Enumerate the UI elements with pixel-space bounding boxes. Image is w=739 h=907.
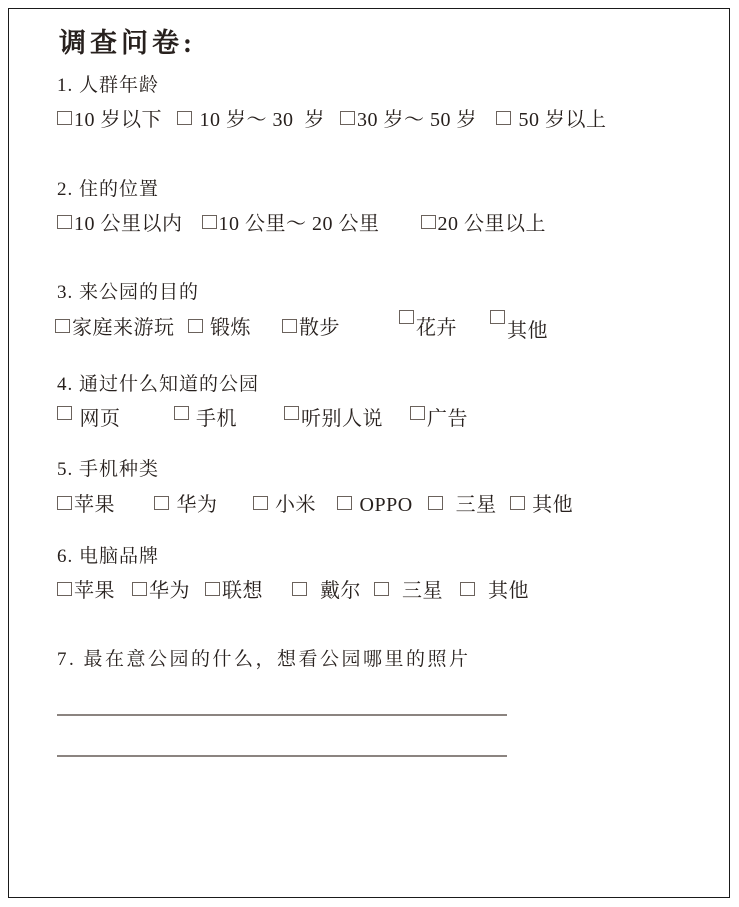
page-title: 调查问卷: (59, 26, 711, 60)
checkbox-option[interactable]: 手机 (174, 404, 238, 434)
checkbox-option[interactable]: 听别人说 (284, 404, 383, 434)
checkbox-option[interactable]: OPPO (337, 490, 413, 520)
checkbox-icon[interactable] (174, 406, 189, 420)
question-2: 2. 住的位置 10 公里以内 10 公里～ 20 公里 20 公里以上 (57, 178, 711, 239)
checkbox-option[interactable]: 花卉 (399, 310, 457, 343)
option-label: 花卉 (416, 317, 457, 339)
checkbox-option[interactable]: 华为 (132, 576, 190, 606)
option-label: 广告 (427, 408, 468, 430)
checkbox-option[interactable]: 广告 (410, 404, 468, 434)
option-label: 锻炼 (205, 317, 252, 339)
checkbox-option[interactable]: 苹果 (57, 576, 115, 606)
option-label: 其他 (527, 494, 574, 516)
question-4-title: 4. 通过什么知道的公园 (57, 373, 711, 397)
option-label: 家庭来游玩 (72, 317, 175, 339)
option-label: 30 岁～ 50 岁 (357, 109, 477, 131)
question-4-options: 网页 手机 听别人说 广告 (57, 404, 711, 434)
option-label: 三星 (391, 580, 443, 602)
checkbox-icon[interactable] (188, 319, 203, 333)
question-5: 5. 手机种类 苹果 华为 小米 OPPO 三星 其他 (57, 458, 711, 520)
checkbox-icon[interactable] (410, 406, 425, 420)
checkbox-option[interactable]: 三星 (374, 576, 443, 606)
checkbox-icon[interactable] (202, 215, 217, 229)
checkbox-option[interactable]: 网页 (57, 404, 121, 434)
checkbox-icon[interactable] (253, 496, 268, 510)
checkbox-option[interactable]: 联想 (205, 576, 263, 606)
question-7-title: 7. 最在意公园的什么，想看公园哪里的照片 (57, 648, 711, 672)
checkbox-icon[interactable] (460, 582, 475, 596)
option-label: 华为 (149, 580, 190, 602)
option-label: 10 岁～ 30 岁 (194, 109, 325, 131)
option-label: 网页 (74, 408, 121, 430)
checkbox-option[interactable]: 散步 (282, 313, 340, 343)
checkbox-icon[interactable] (282, 319, 297, 333)
checkbox-icon[interactable] (399, 310, 414, 324)
checkbox-option[interactable]: 锻炼 (188, 313, 252, 343)
question-5-options: 苹果 华为 小米 OPPO 三星 其他 (57, 490, 711, 520)
checkbox-icon[interactable] (340, 111, 355, 125)
checkbox-icon[interactable] (55, 319, 70, 333)
option-label: 华为 (171, 494, 218, 516)
option-label: OPPO (354, 494, 413, 516)
option-label: 联想 (222, 580, 263, 602)
question-6-options: 苹果 华为 联想 戴尔 三星 其他 (57, 576, 711, 606)
checkbox-icon[interactable] (510, 496, 525, 510)
checkbox-icon[interactable] (292, 582, 307, 596)
option-label: 10 公里以内 (74, 213, 183, 235)
option-label: 苹果 (74, 494, 115, 516)
option-label: 苹果 (74, 580, 115, 602)
checkbox-option[interactable]: 10 岁～ 30 岁 (177, 105, 325, 135)
checkbox-option[interactable]: 10 岁以下 (57, 105, 162, 135)
checkbox-icon[interactable] (57, 406, 72, 420)
checkbox-icon[interactable] (284, 406, 299, 420)
question-1-options: 10 岁以下 10 岁～ 30 岁 30 岁～ 50 岁 50 岁以上 (57, 105, 711, 135)
checkbox-option[interactable]: 三星 (428, 490, 497, 520)
checkbox-icon[interactable] (57, 582, 72, 596)
checkbox-option[interactable]: 小米 (253, 490, 317, 520)
checkbox-icon[interactable] (428, 496, 443, 510)
option-label: 散步 (299, 317, 340, 339)
checkbox-option[interactable]: 其他 (490, 310, 548, 343)
answer-line[interactable] (57, 714, 507, 716)
question-5-title: 5. 手机种类 (57, 458, 711, 482)
question-2-title: 2. 住的位置 (57, 178, 711, 202)
question-1: 1. 人群年龄 10 岁以下 10 岁～ 30 岁 30 岁～ 50 岁 50 … (57, 74, 711, 135)
option-label: 听别人说 (301, 408, 383, 430)
checkbox-option[interactable]: 30 岁～ 50 岁 (340, 105, 477, 135)
option-label: 10 岁以下 (74, 109, 162, 131)
option-label: 10 公里～ 20 公里 (219, 213, 380, 235)
answer-line[interactable] (57, 755, 507, 757)
page-content: 调查问卷: 1. 人群年龄 10 岁以下 10 岁～ 30 岁 30 岁～ 50… (57, 26, 711, 757)
checkbox-icon[interactable] (421, 215, 436, 229)
option-label: 三星 (445, 494, 497, 516)
checkbox-option[interactable]: 50 岁以上 (496, 105, 607, 135)
checkbox-option[interactable]: 10 公里～ 20 公里 (202, 209, 380, 239)
option-label: 20 公里以上 (438, 213, 547, 235)
checkbox-option[interactable]: 家庭来游玩 (55, 313, 175, 343)
checkbox-icon[interactable] (177, 111, 192, 125)
checkbox-icon[interactable] (337, 496, 352, 510)
question-6: 6. 电脑品牌 苹果 华为 联想 戴尔 三星 其他 (57, 545, 711, 606)
checkbox-icon[interactable] (57, 111, 72, 125)
question-3-title: 3. 来公园的目的 (57, 281, 711, 305)
checkbox-icon[interactable] (205, 582, 220, 596)
checkbox-icon[interactable] (490, 310, 505, 324)
checkbox-icon[interactable] (496, 111, 511, 125)
checkbox-option[interactable]: 华为 (154, 490, 218, 520)
checkbox-icon[interactable] (374, 582, 389, 596)
checkbox-option[interactable]: 苹果 (57, 490, 115, 520)
option-label: 其他 (477, 580, 529, 602)
option-label: 手机 (191, 408, 238, 430)
question-1-title: 1. 人群年龄 (57, 74, 711, 98)
question-3: 3. 来公园的目的 家庭来游玩 锻炼 散步 花卉 其他 (57, 281, 711, 343)
checkbox-option[interactable]: 10 公里以内 (57, 209, 183, 239)
checkbox-icon[interactable] (154, 496, 169, 510)
checkbox-option[interactable]: 20 公里以上 (421, 209, 547, 239)
checkbox-option[interactable]: 其他 (460, 576, 529, 606)
question-2-options: 10 公里以内 10 公里～ 20 公里 20 公里以上 (57, 209, 711, 239)
question-4: 4. 通过什么知道的公园 网页 手机 听别人说 广告 (57, 373, 711, 434)
option-label: 小米 (270, 494, 317, 516)
option-label: 其他 (507, 316, 548, 346)
option-label: 50 岁以上 (513, 109, 607, 131)
checkbox-icon[interactable] (57, 496, 72, 510)
option-label: 戴尔 (309, 580, 361, 602)
question-6-title: 6. 电脑品牌 (57, 545, 711, 569)
checkbox-icon[interactable] (132, 582, 147, 596)
question-3-options: 家庭来游玩 锻炼 散步 花卉 其他 (55, 310, 711, 343)
question-7: 7. 最在意公园的什么，想看公园哪里的照片 (57, 648, 711, 757)
checkbox-icon[interactable] (57, 215, 72, 229)
checkbox-option[interactable]: 戴尔 (292, 576, 361, 606)
checkbox-option[interactable]: 其他 (510, 490, 574, 520)
questionnaire-page: 调查问卷: 1. 人群年龄 10 岁以下 10 岁～ 30 岁 30 岁～ 50… (0, 0, 739, 907)
